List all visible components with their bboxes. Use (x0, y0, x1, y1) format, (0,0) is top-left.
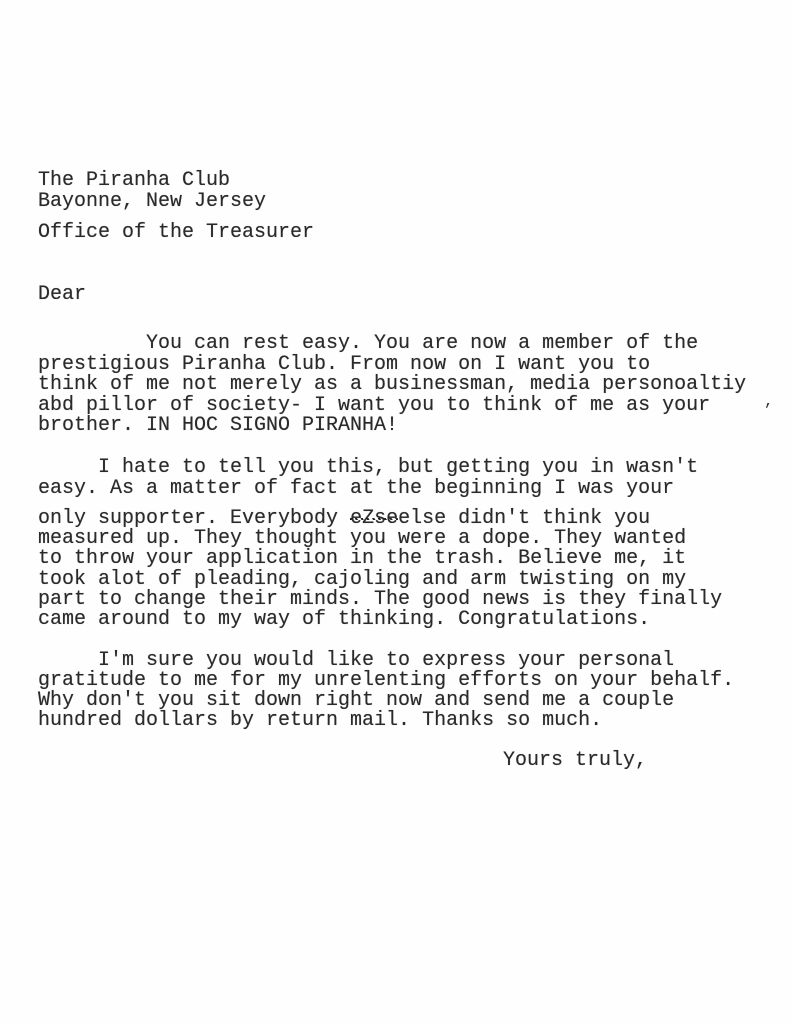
salutation: Dear (38, 285, 86, 305)
paragraph-3-line-3: Why don't you sit down right now and sen… (38, 691, 674, 711)
letterhead-location: Bayonne, New Jersey (38, 192, 266, 212)
letterhead-office: Office of the Treasurer (38, 223, 314, 243)
paragraph-2-line-7: part to change their minds. The good new… (38, 590, 722, 610)
paragraph-2-line-6: took alot of pleading, cajoling and arm … (38, 570, 686, 590)
paragraph-3-line-4: hundred dollars by return mail. Thanks s… (38, 711, 602, 731)
paragraph-2-line-3: only supporter. Everybody eZseelse didn'… (38, 509, 650, 529)
typewritten-letter-page: The Piranha Club Bayonne, New Jersey Off… (0, 0, 791, 1024)
paragraph-1-line-2: prestigious Piranha Club. From now on I … (38, 355, 650, 375)
paragraph-1-line-1: You can rest easy. You are now a member … (38, 334, 698, 354)
paragraph-1-line-4: abd pillor of society- I want you to thi… (38, 396, 710, 416)
struck-out-text: eZse (350, 509, 398, 529)
paragraph-1-line-5: brother. IN HOC SIGNO PIRANHA! (38, 416, 398, 436)
stray-comma-mark: , (764, 392, 774, 410)
paragraph-2-line-2: easy. As a matter of fact at the beginni… (38, 479, 674, 499)
paragraph-2-line-1: I hate to tell you this, but getting you… (38, 458, 698, 478)
paragraph-3-line-1: I'm sure you would like to express your … (38, 651, 674, 671)
paragraph-2-line-8: came around to my way of thinking. Congr… (38, 610, 650, 630)
letterhead-org-name: The Piranha Club (38, 171, 230, 191)
paragraph-2-line-5: to throw your application in the trash. … (38, 549, 686, 569)
paragraph-3-line-2: gratitude to me for my unrelenting effor… (38, 671, 734, 691)
paragraph-2-line-4: measured up. They thought you were a dop… (38, 529, 686, 549)
closing: Yours truly, (503, 751, 647, 771)
paragraph-1-line-3: think of me not merely as a businessman,… (38, 375, 746, 395)
